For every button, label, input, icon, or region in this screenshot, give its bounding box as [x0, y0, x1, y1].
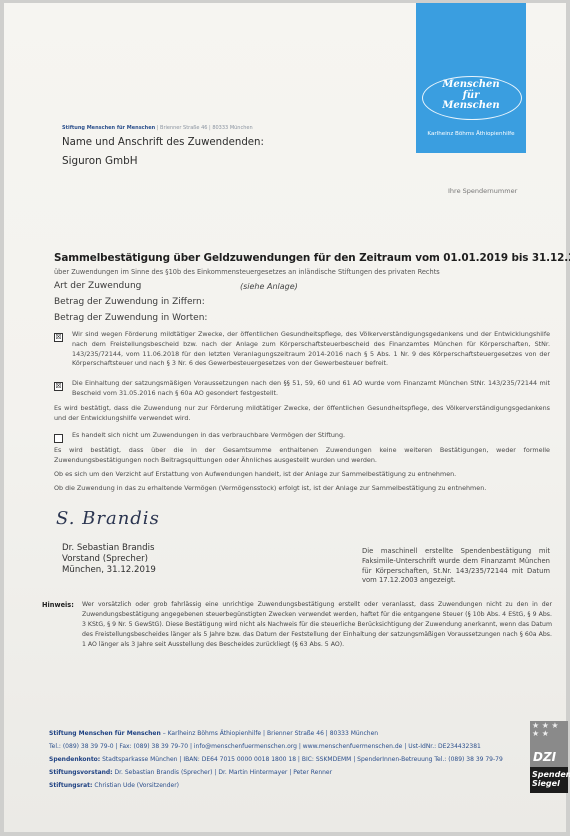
document-subtitle: über Zuwendungen im Sinne des §10b des E… — [54, 268, 440, 276]
waiver-text: Ob es sich um den Verzicht auf Erstattun… — [54, 470, 550, 480]
signer-role: Vorstand (Sprecher) — [62, 554, 156, 565]
star-icon: ★ ★ ★ ★ ★ — [532, 722, 568, 738]
checkbox-tax-exemption[interactable]: ☒ — [54, 333, 63, 342]
footer-org-line: Stiftung Menschen für Menschen – Karlhei… — [49, 730, 378, 737]
confirmation-no-other-text: Es wird bestätigt, dass über die in der … — [54, 446, 550, 466]
footer-council-line: Stiftungsrat: Christian Ude (Vorsitzende… — [49, 782, 179, 789]
endowment-text: Ob die Zuwendung in das zu erhaltende Ve… — [54, 484, 550, 494]
footer-contact-line: Tel.: (089) 38 39 79-0 | Fax: (089) 38 3… — [49, 743, 481, 750]
logo-brand-text: Menschen für Menschen — [416, 80, 526, 112]
menschen-fuer-menschen-logo: Menschen für Menschen Karlheinz Böhms Ät… — [416, 3, 526, 153]
signer-name: Dr. Sebastian Brandis — [62, 543, 156, 554]
statutory-requirements-text: Die Einhaltung der satzungsmäßigen Vorau… — [72, 379, 550, 399]
handwritten-signature: S. Brandis — [56, 508, 160, 529]
facsimile-note: Die maschinell erstellte Spendenbestätig… — [362, 547, 550, 586]
donation-type-value: (siehe Anlage) — [240, 282, 298, 291]
checkbox-statutory-requirements[interactable]: ☒ — [54, 382, 63, 391]
hint-label: Hinweis: — [42, 601, 74, 609]
donation-receipt-page: Menschen für Menschen Karlheinz Böhms Ät… — [4, 3, 566, 832]
logo-subtitle: Karlheinz Böhms Äthiopienhilfe — [416, 131, 526, 137]
signer-block: Dr. Sebastian Brandis Vorstand (Sprecher… — [62, 543, 156, 576]
footer-bank-line: Spendenkonto: Stadtsparkasse München | I… — [49, 756, 503, 763]
donation-type-label: Art der Zuwendung — [54, 281, 141, 291]
hint-text: Wer vorsätzlich oder grob fahrlässig ein… — [82, 600, 552, 650]
checkbox-consumable-assets[interactable] — [54, 434, 63, 443]
confirmation-use-text: Es wird bestätigt, dass die Zuwendung nu… — [54, 404, 550, 424]
recipient-label: Name und Anschrift des Zuwendenden: — [62, 137, 264, 148]
sender-return-address: Stiftung Menschen für Menschen | Brienne… — [62, 125, 253, 131]
dzi-donation-seal: ★ ★ ★ ★ ★ DZI Spenden- Siegel — [530, 721, 568, 793]
document-title: Sammelbestätigung über Geldzuwendungen f… — [54, 252, 570, 264]
recipient-name: Siguron GmbH — [62, 155, 138, 167]
tax-exemption-text: Wir sind wegen Förderung mildtätiger Zwe… — [72, 330, 550, 369]
consumable-assets-text: Es handelt sich nicht um Zuwendungen in … — [72, 431, 550, 441]
amount-words-label: Betrag der Zuwendung in Worten: — [54, 313, 207, 323]
donor-number-label: Ihre Spendernummer — [448, 187, 517, 195]
footer-board-line: Stiftungsvorstand: Dr. Sebastian Brandis… — [49, 769, 332, 776]
signing-place-date: München, 31.12.2019 — [62, 565, 156, 576]
amount-digits-label: Betrag der Zuwendung in Ziffern: — [54, 297, 205, 307]
